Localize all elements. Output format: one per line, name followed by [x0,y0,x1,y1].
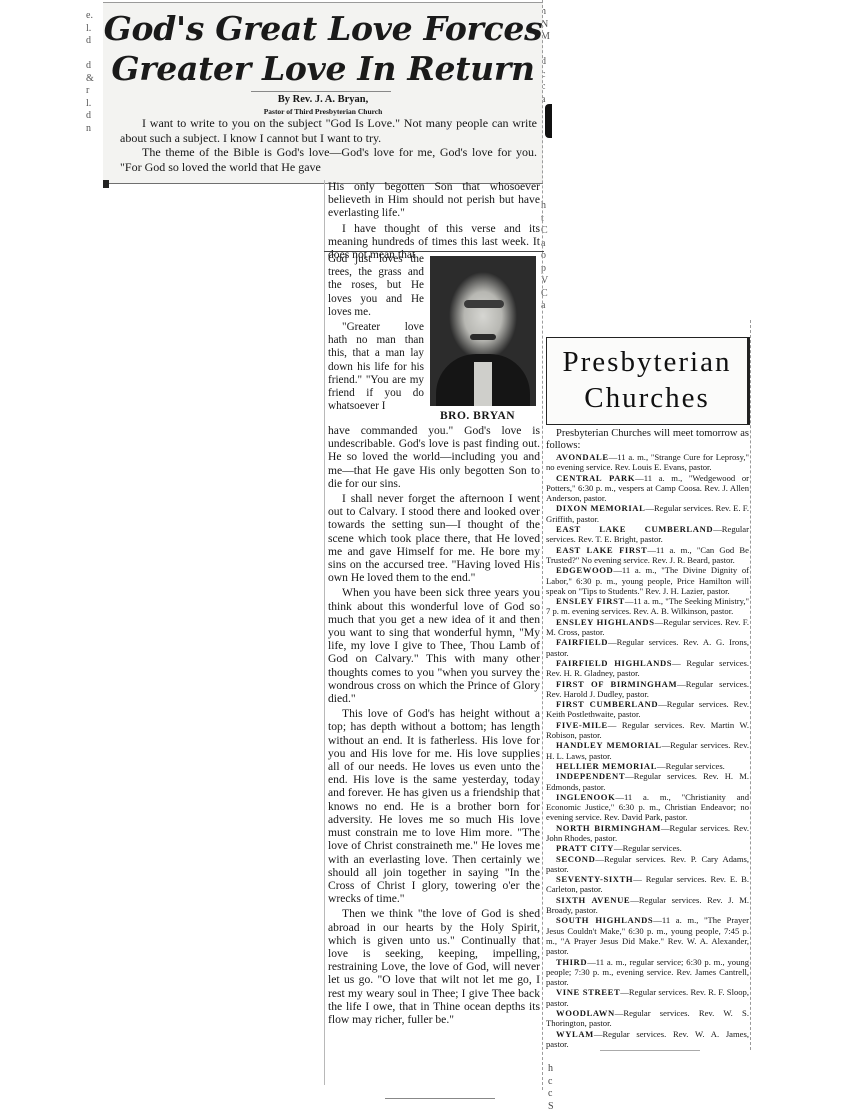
corner-mark [103,180,109,188]
headline-line-2: Greater Love In Return [103,49,543,89]
church-entry: INDEPENDENT—Regular services. Rev. H. M.… [546,771,749,792]
paragraph: have commanded you." God's love is undes… [328,424,540,490]
church-name: EDGEWOOD [556,565,613,575]
column-divider [750,320,751,1050]
edge-fragment: c [548,1076,558,1089]
church-name: VINE STREET [556,987,620,997]
church-name: CENTRAL PARK [556,473,635,483]
church-entry: ENSLEY HIGHLANDS—Regular services. Rev. … [546,617,749,638]
edge-fragment [86,48,98,61]
church-name: FIVE-MILE [556,720,608,730]
church-name: THIRD [556,957,587,967]
ink-blot [545,104,552,138]
church-name: EAST LAKE FIRST [556,545,647,555]
church-entry: HANDLEY MEMORIAL—Regular services. Rev. … [546,740,749,761]
edge-fragment: c [548,1088,558,1101]
church-name: SOUTH HIGHLANDS [556,915,653,925]
church-entry: CENTRAL PARK—11 a. m., "Wedgewood or Pot… [546,473,749,504]
churches-intro: Presbyterian Churches will meet tomorrow… [546,428,749,451]
church-name: WOODLAWN [556,1008,615,1018]
churches-listing: Presbyterian Churches will meet tomorrow… [546,428,749,1049]
photo-caption: BRO. BRYAN [440,410,515,422]
clipping-edge [324,251,544,252]
church-name: PRATT CITY [556,843,614,853]
adjacent-column-fragment-right-bottom: hccS [548,1063,558,1111]
churches-title-line-2: Churches [547,381,747,415]
paragraph: "Greater love hath no man than this, tha… [328,321,424,413]
church-entry: HELLIER MEMORIAL—Regular services. [546,761,749,771]
church-entry: FAIRFIELD HIGHLANDS— Regular services. R… [546,658,749,679]
paragraph: God just loves the trees, the grass and … [328,253,424,319]
church-name: FIRST CUMBERLAND [556,699,658,709]
paragraph: Then we think "the love of God is shed a… [328,907,540,1026]
church-entry: SEVENTY-SIXTH— Regular services. Rev. E.… [546,874,749,895]
church-name: SEVENTY-SIXTH [556,874,633,884]
church-details: —Regular services. [657,761,725,771]
church-name: SECOND [556,854,595,864]
church-entry: FIRST CUMBERLAND—Regular services. Rev. … [546,699,749,720]
paragraph: His only begotten Son that whosoever bel… [328,180,540,220]
photo-detail [470,334,496,340]
lead-paragraph: The theme of the Bible is God's love—God… [120,145,537,174]
church-entry: VINE STREET—Regular services. Rev. R. F.… [546,987,749,1008]
paragraph: When you have been sick three years you … [328,586,540,705]
church-entry: THIRD—11 a. m., regular service; 6:30 p.… [546,957,749,988]
edge-fragment: d [86,35,98,48]
edge-fragment: e. [86,10,98,23]
church-name: ENSLEY FIRST [556,596,625,606]
church-entry: FIRST OF BIRMINGHAM—Regular services. Re… [546,679,749,700]
edge-fragment: n [86,123,98,136]
column-divider [542,0,543,1090]
edge-fragment: h [548,1063,558,1076]
church-name: WYLAM [556,1029,594,1039]
edge-fragment: S [548,1101,558,1111]
church-entry: DIXON MEMORIAL—Regular services. Rev. E.… [546,503,749,524]
church-entry: INGLENOOK—11 a. m., "Christianity and Ec… [546,792,749,823]
church-entry: SIXTH AVENUE—Regular services. Rev. J. M… [546,895,749,916]
column-divider [324,180,325,1085]
photo-detail [474,362,492,406]
headline-divider [251,91,391,92]
church-name: AVONDALE [556,452,609,462]
lead-paragraph: I want to write to you on the subject "G… [120,116,537,145]
churches-title-line-1: Presbyterian [547,345,747,379]
paragraph: I shall never forget the afternoon I wen… [328,492,540,584]
church-details: —Regular services. [614,843,682,853]
church-entry: ENSLEY FIRST—11 a. m., "The Seeking Mini… [546,596,749,617]
church-entry: AVONDALE—11 a. m., "Strange Cure for Lep… [546,452,749,473]
church-name: FIRST OF BIRMINGHAM [556,679,677,689]
byline-title: Pastor of Third Presbyterian Church [103,107,543,116]
photo-detail [464,300,504,308]
church-name: NORTH BIRMINGHAM [556,823,661,833]
church-name: ENSLEY HIGHLANDS [556,617,655,627]
adjacent-column-fragment-left: e.l.d d&rl.dn [86,10,98,135]
edge-fragment: & [86,73,98,86]
edge-fragment: l. [86,23,98,36]
church-entry: FIVE-MILE— Regular services. Rev. Martin… [546,720,749,741]
church-entry: PRATT CITY—Regular services. [546,843,749,853]
church-name: FAIRFIELD HIGHLANDS [556,658,672,668]
edge-fragment: r [86,85,98,98]
church-entry: SECOND—Regular services. Rev. P. Cary Ad… [546,854,749,875]
church-list: AVONDALE—11 a. m., "Strange Cure for Lep… [546,452,749,1049]
byline: By Rev. J. A. Bryan, [103,94,543,105]
headline-line-1: God's Great Love Forces [103,9,543,49]
paragraph: This love of God's has height without a … [328,707,540,905]
church-entry: WYLAM—Regular services. Rev. W. A. James… [546,1029,749,1050]
listing-end-rule [600,1050,700,1051]
church-name: SIXTH AVENUE [556,895,630,905]
church-entry: WOODLAWN—Regular services. Rev. W. S. Th… [546,1008,749,1029]
church-entry: EDGEWOOD—11 a. m., "The Divine Dignity o… [546,565,749,596]
edge-fragment: l. [86,98,98,111]
church-name: EAST LAKE CUMBERLAND [556,524,713,534]
article-header: God's Great Love Forces Greater Love In … [103,2,543,184]
church-name: DIXON MEMORIAL [556,503,645,513]
church-name: HANDLEY MEMORIAL [556,740,662,750]
article-column-wrap: God just loves the trees, the grass and … [328,253,424,415]
churches-header-box: Presbyterian Churches [546,337,750,425]
church-name: FAIRFIELD [556,637,608,647]
church-entry: NORTH BIRMINGHAM—Regular services. Rev. … [546,823,749,844]
church-name: INDEPENDENT [556,771,625,781]
edge-fragment: d [86,60,98,73]
church-entry: EAST LAKE CUMBERLAND—Regular services. R… [546,524,749,545]
church-name: HELLIER MEMORIAL [556,761,657,771]
author-photo [430,256,536,406]
article-end-rule [385,1098,495,1099]
lead-paragraphs: I want to write to you on the subject "G… [120,116,537,174]
church-entry: SOUTH HIGHLANDS—11 a. m., "The Prayer Je… [546,915,749,956]
church-entry: EAST LAKE FIRST—11 a. m., "Can God Be Tr… [546,545,749,566]
church-entry: FAIRFIELD—Regular services. Rev. A. G. I… [546,637,749,658]
church-name: INGLENOOK [556,792,615,802]
article-column-main: have commanded you." God's love is undes… [328,424,540,1028]
edge-fragment: d [86,110,98,123]
